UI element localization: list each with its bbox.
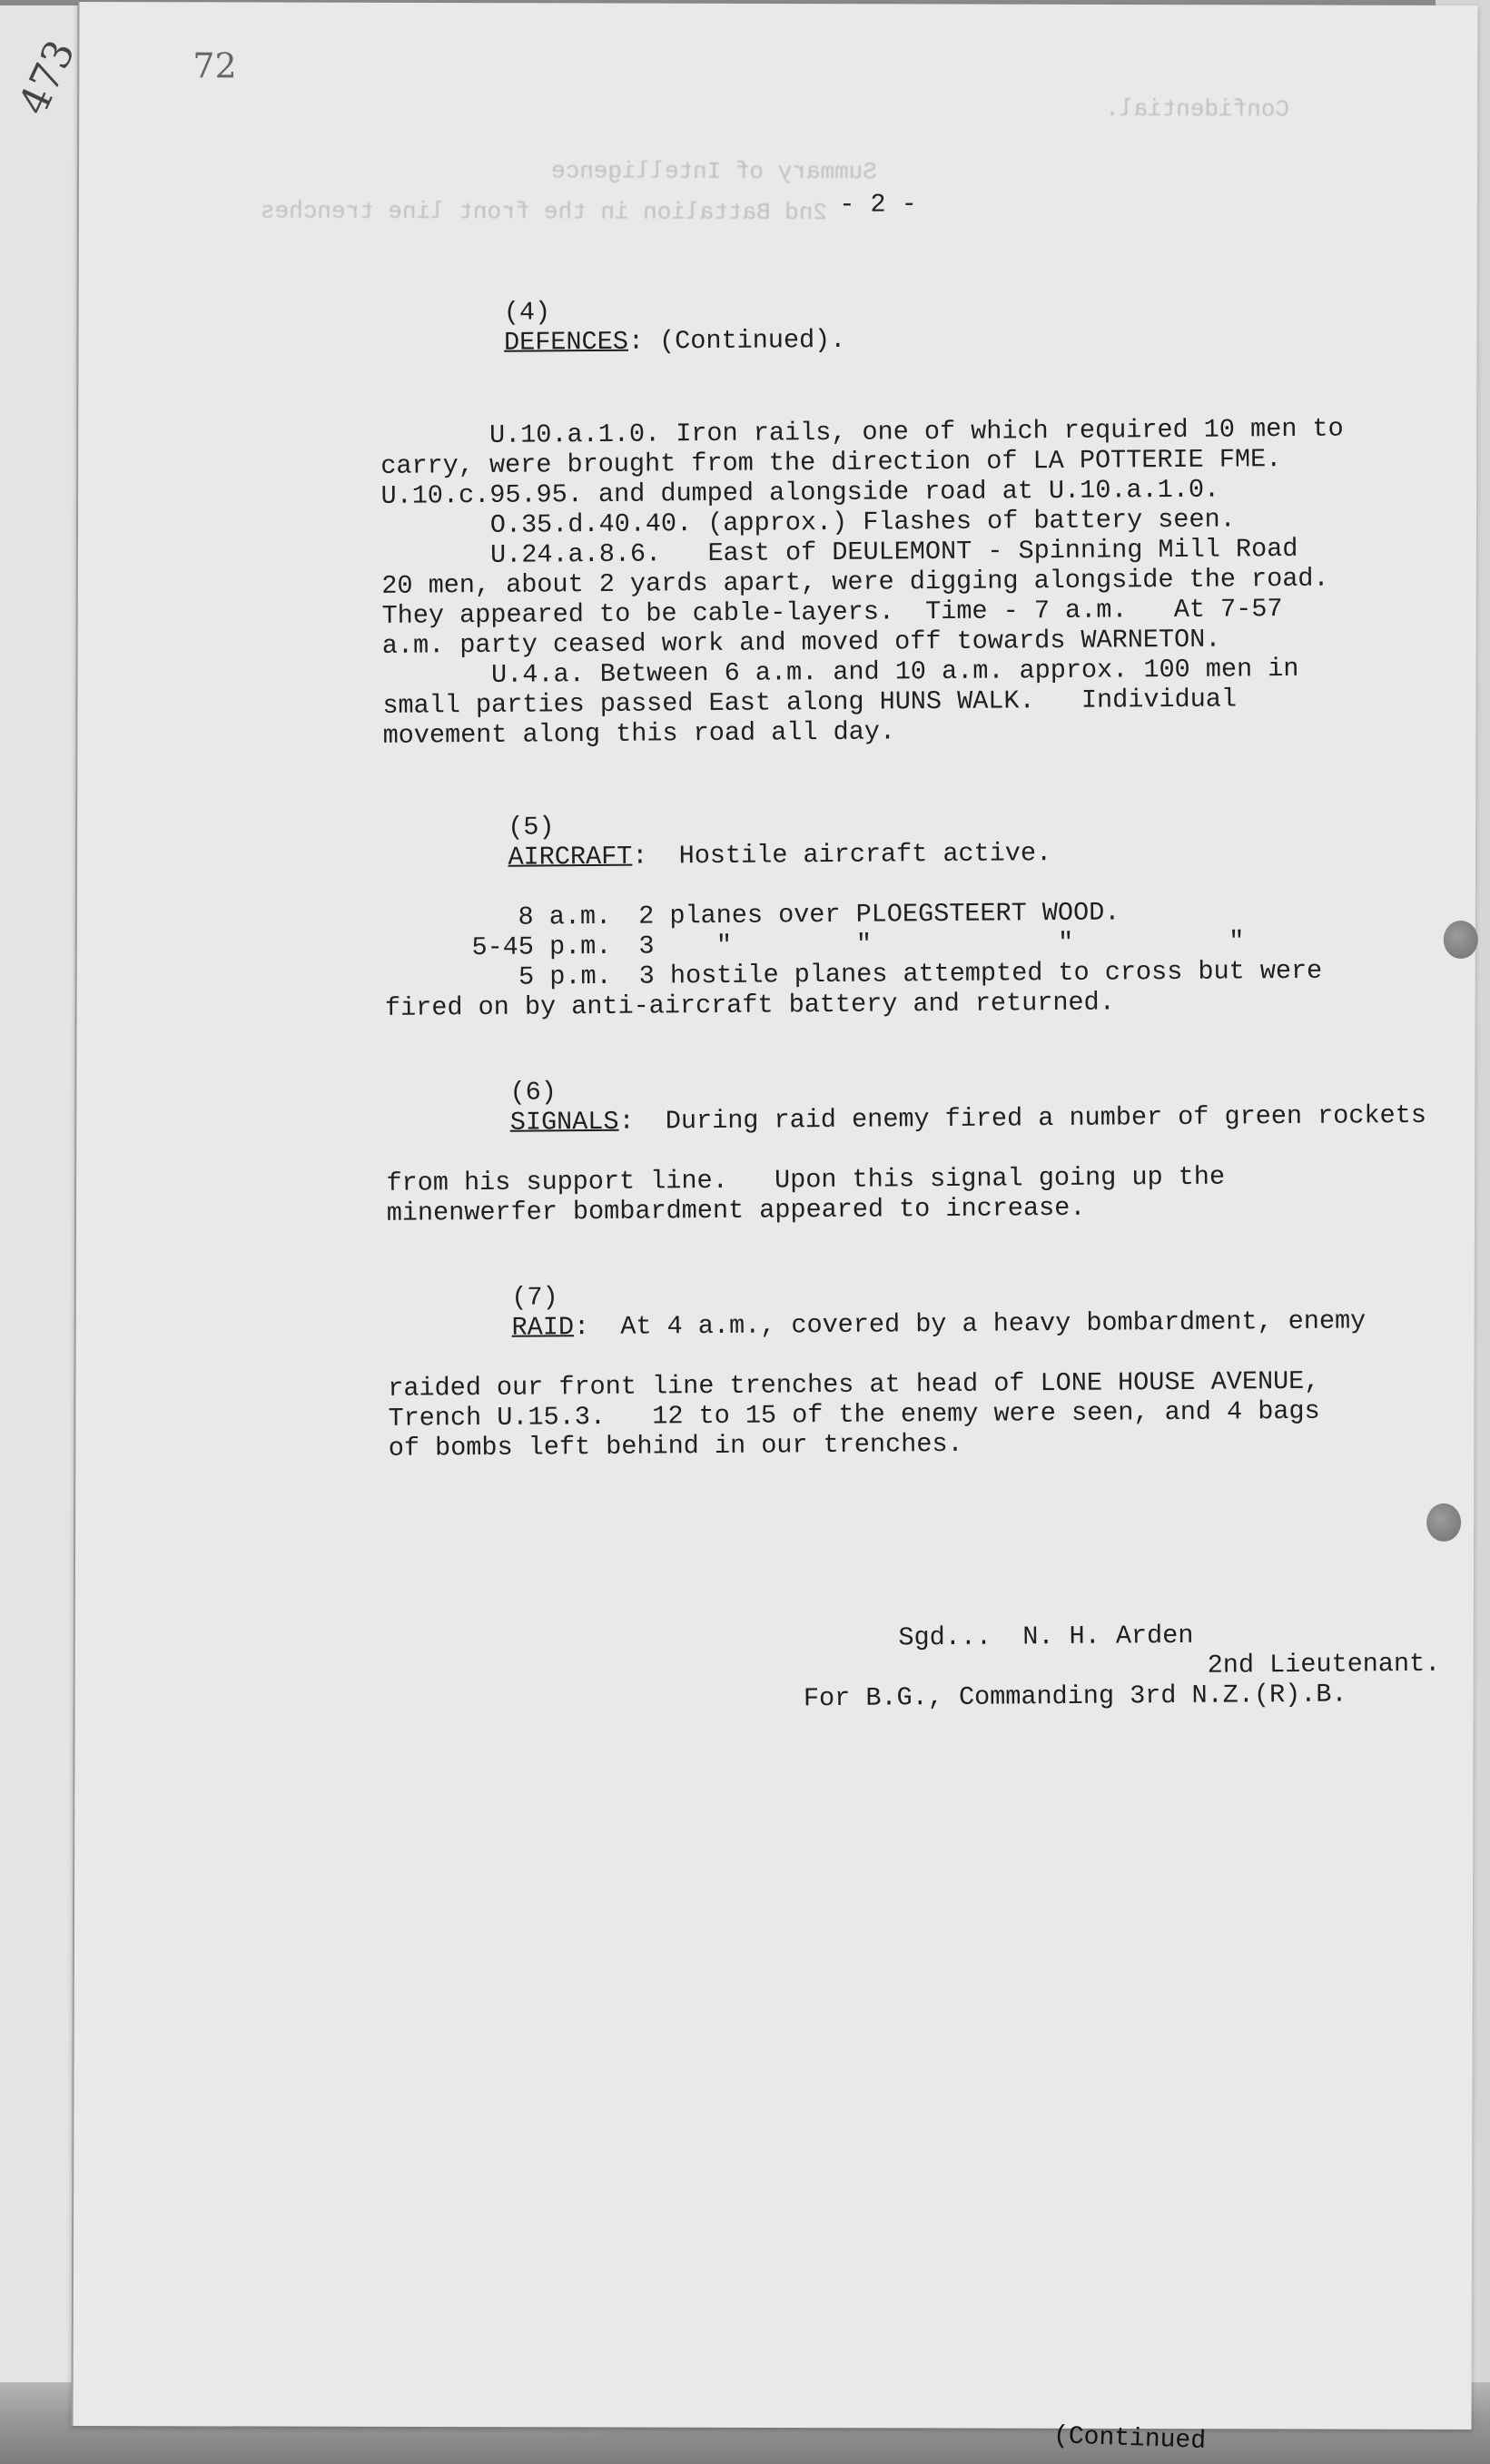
section-defences: (4) DEFENCES: (Continued). U.10.a.1.0. I… xyxy=(380,260,1490,751)
section-raid: (7) RAID: At 4 a.m., covered by a heavy … xyxy=(387,1245,1490,1464)
section-heading-suffix: : Hostile aircraft active. xyxy=(632,838,1051,872)
handwritten-page-number: 72 xyxy=(192,45,236,85)
document-page: 72 473 Confidential. Summary of Intellig… xyxy=(72,2,1478,2430)
section-aircraft: (5) AIRCRAFT: Hostile aircraft active. 8… xyxy=(383,774,1490,1023)
entry-text: 3 " " " " xyxy=(638,926,1244,961)
bleed-through-text: Summary of Intelligence xyxy=(551,157,877,185)
section-heading: SIGNALS xyxy=(510,1107,619,1138)
section-number: (4) xyxy=(504,297,551,327)
section-heading-suffix: : At 4 a.m., covered by a heavy bombardm… xyxy=(574,1306,1366,1342)
section-heading: RAID xyxy=(511,1312,574,1343)
entry-time: 8 a.m. xyxy=(384,902,638,933)
section-heading-suffix: : During raid enemy fired a number of gr… xyxy=(618,1100,1426,1137)
section-number: (5) xyxy=(508,812,555,842)
entry-text: 3 hostile planes attempted to cross but … xyxy=(639,956,1323,991)
section-heading-suffix: : (Continued). xyxy=(628,325,846,357)
section-number: (7) xyxy=(511,1282,558,1312)
entry-time: 5-45 p.m. xyxy=(384,931,638,963)
section-heading: DEFENCES xyxy=(504,327,628,358)
page-marker: - 2 - xyxy=(379,185,1377,223)
typed-report: - 2 - (4) DEFENCES: (Continued). U.10.a.… xyxy=(379,184,1490,1717)
section-number: (6) xyxy=(509,1077,557,1107)
signature-block: Sgd... N. H. Arden 2nd Lieutenant. For B… xyxy=(390,1618,1490,1717)
section-heading: AIRCRAFT xyxy=(508,842,632,872)
section-signals: (6) SIGNALS: During raid enemy fired a n… xyxy=(385,1040,1490,1228)
entry-time: 5 p.m. xyxy=(385,961,639,993)
continued-note: (Continued xyxy=(1053,2422,1207,2456)
bleed-through-text: Confidential. xyxy=(1105,95,1289,123)
entry-text: 2 planes over PLOEGSTEERT WOOD. xyxy=(638,897,1120,931)
